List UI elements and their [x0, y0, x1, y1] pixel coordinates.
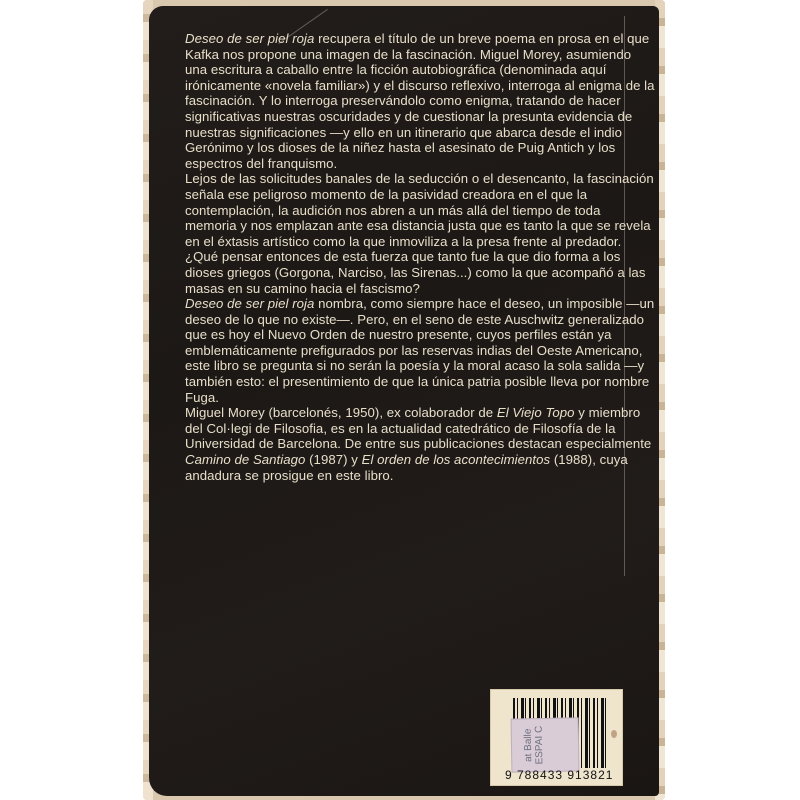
isbn-number: 9 788433 913821	[505, 768, 615, 782]
blurb-paragraph-2: Lejos de las solicitudes banales de la s…	[185, 171, 655, 296]
book-back-cover: Deseo de ser piel roja recupera el títul…	[143, 0, 665, 800]
author-bio: Miguel Morey (barcelonés, 1950), ex cola…	[185, 405, 655, 483]
book-title-italic: Deseo de ser piel roja	[185, 296, 314, 311]
blurb-paragraph-3: Deseo de ser piel roja nombra, como siem…	[185, 296, 655, 405]
stain	[611, 730, 617, 738]
dark-cover-panel: Deseo de ser piel roja recupera el títul…	[149, 6, 659, 796]
barcode-label: at Balle ESPAI C 9 788433 913821	[490, 689, 623, 786]
book-title-italic: Deseo de ser piel roja	[185, 31, 314, 46]
price-sticker: at Balle ESPAI C	[511, 717, 580, 772]
publication-title: El orden de los acontecimientos	[362, 452, 550, 467]
magazine-title: El Viejo Topo	[497, 405, 575, 420]
blurb-text: Deseo de ser piel roja recupera el títul…	[185, 31, 655, 483]
blurb-paragraph-1: Deseo de ser piel roja recupera el títul…	[185, 31, 655, 171]
sticker-text: at Balle ESPAI C	[522, 716, 567, 775]
publication-title: Camino de Santiago	[185, 452, 305, 467]
